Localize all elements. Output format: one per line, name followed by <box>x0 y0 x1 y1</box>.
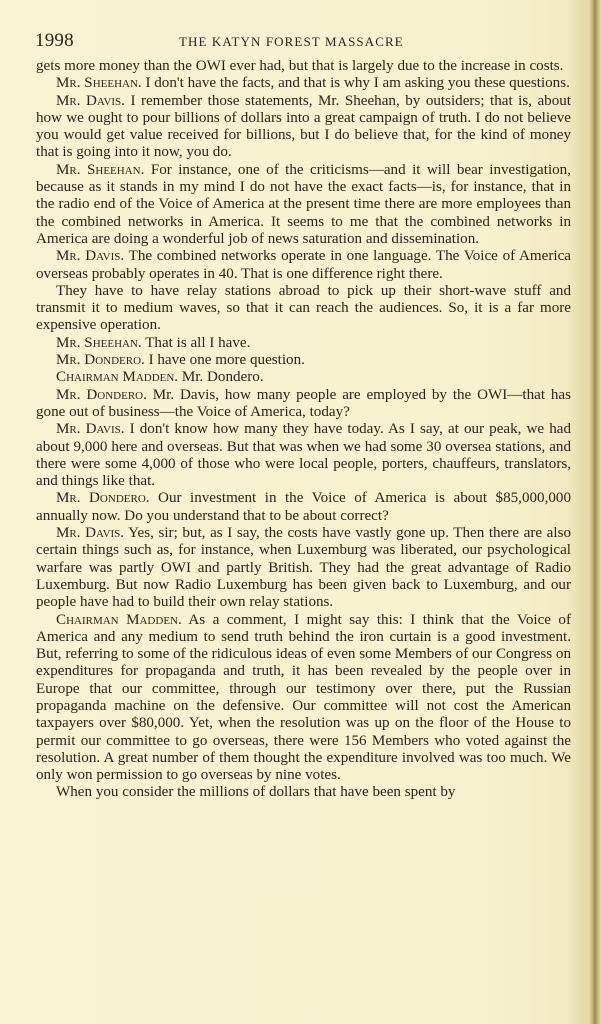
paragraph-text: I have one more question. <box>145 352 305 368</box>
scanned-page: 1998 THE KATYN FOREST MASSACRE gets more… <box>0 0 602 1024</box>
paragraph-dondero: Mr. Dondero. I have one more question. <box>36 352 571 369</box>
paragraph-text: They have to have relay stations abroad … <box>36 283 571 334</box>
paragraph-davis: Mr. Davis. I remember those statements, … <box>36 93 571 162</box>
paragraph-sheehan: Mr. Sheehan. For instance, one of the cr… <box>36 162 571 248</box>
binding-shadow <box>588 0 602 1024</box>
paragraph-davis: Mr. Davis. The combined networks operate… <box>36 248 571 283</box>
speaker-name: Mr. Sheehan. <box>56 162 144 178</box>
paragraph-dondero: Mr. Dondero. Mr. Davis, how many people … <box>36 387 571 422</box>
paragraph-text: Mr. Dondero. <box>178 369 264 385</box>
speaker-name: Chairman Madden. <box>56 369 178 385</box>
paragraph-madden: Chairman Madden. Mr. Dondero. <box>36 369 571 386</box>
paragraph-text: That is all I have. <box>142 335 251 351</box>
speaker-name: Chairman Madden. <box>56 612 182 628</box>
running-title: THE KATYN FOREST MASSACRE <box>179 34 404 50</box>
paragraph-davis: Mr. Davis. Yes, sir; but, as I say, the … <box>36 525 571 611</box>
paragraph-sheehan: Mr. Sheehan. That is all I have. <box>36 335 571 352</box>
paragraph-text: gets more money than the OWI ever had, b… <box>36 58 563 74</box>
speaker-name: Mr. Davis. <box>56 525 124 541</box>
body-text: gets more money than the OWI ever had, b… <box>36 58 571 802</box>
speaker-name: Mr. Dondero. <box>56 490 150 506</box>
paragraph-continuation: gets more money than the OWI ever had, b… <box>36 58 571 75</box>
paragraph-madden: Chairman Madden. As a comment, I might s… <box>36 612 571 785</box>
paragraph-text: When you consider the millions of dollar… <box>56 784 455 800</box>
paragraph-dondero: Mr. Dondero. Our investment in the Voice… <box>36 490 571 525</box>
speaker-name: Mr. Davis. <box>56 421 125 437</box>
paragraph-davis: Mr. Davis. I don't know how many they ha… <box>36 421 571 490</box>
speaker-name: Mr. Dondero. <box>56 387 147 403</box>
paragraph-madden-cont: When you consider the millions of dollar… <box>36 784 571 801</box>
paragraph-text: As a comment, I might say this: I think … <box>36 612 571 784</box>
paragraph-davis-cont: They have to have relay stations abroad … <box>36 283 571 335</box>
page-header: 1998 THE KATYN FOREST MASSACRE <box>35 30 570 52</box>
speaker-name: Mr. Davis. <box>56 93 125 109</box>
speaker-name: Mr. Sheehan. <box>56 75 142 91</box>
page-number: 1998 <box>35 30 74 52</box>
speaker-name: Mr. Dondero. <box>56 352 145 368</box>
speaker-name: Mr. Sheehan. <box>56 335 142 351</box>
paragraph-sheehan: Mr. Sheehan. I don't have the facts, and… <box>36 75 571 92</box>
paragraph-text: I don't have the facts, and that is why … <box>142 75 570 91</box>
speaker-name: Mr. Davis. <box>56 248 124 264</box>
